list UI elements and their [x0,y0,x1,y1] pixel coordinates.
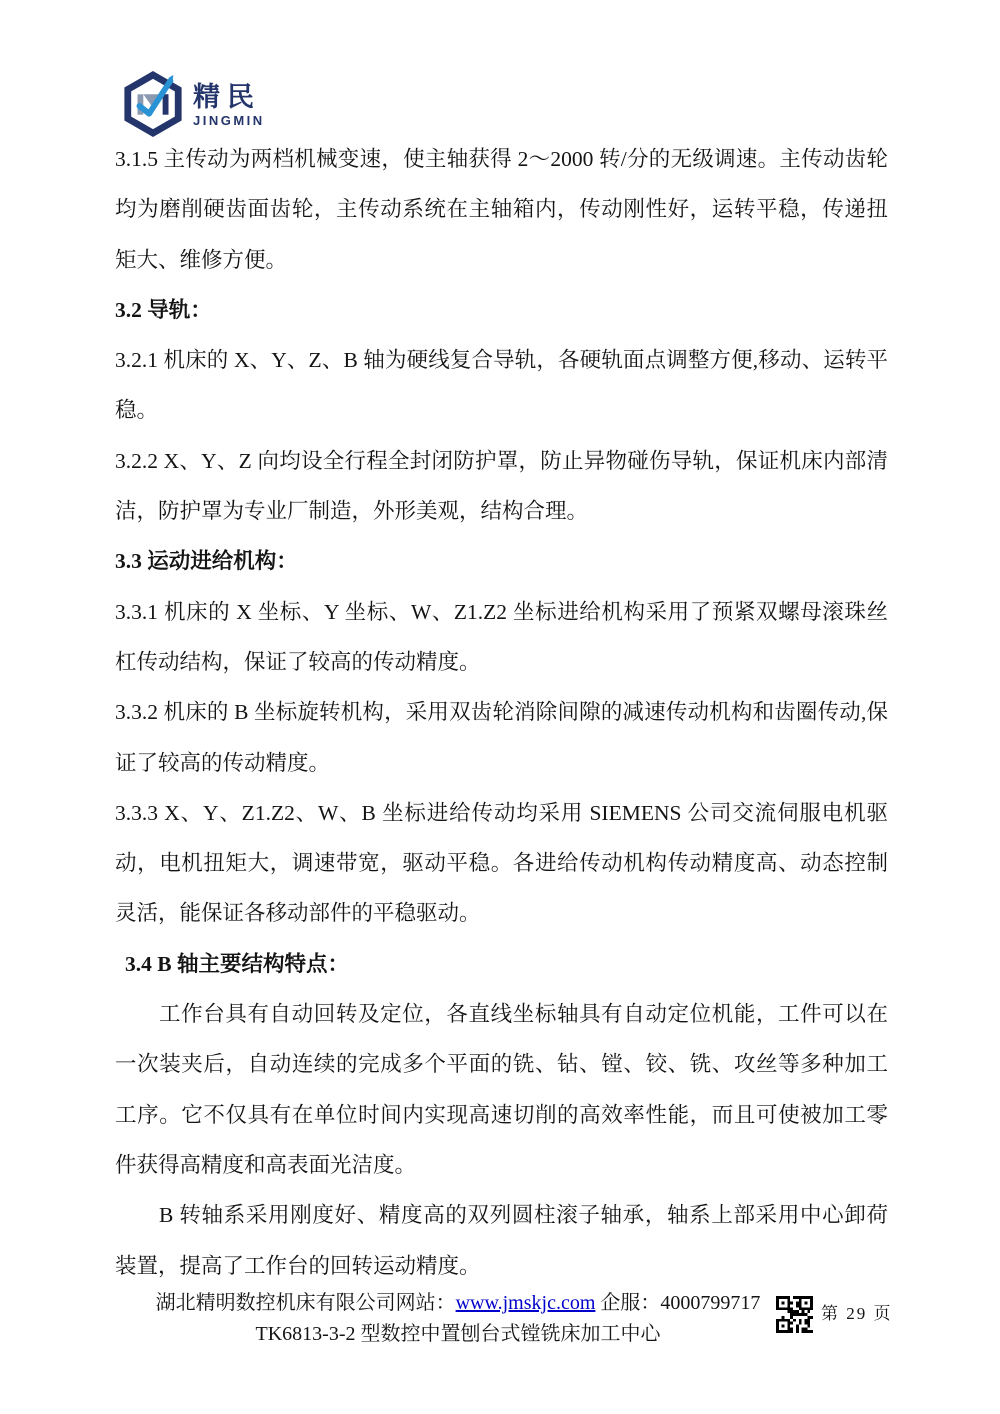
logo-text: 精民 JINGMIN [193,84,265,127]
paragraph: 3.3.2 机床的 B 坐标旋转机构，采用双齿轮消除间隙的减速传动机构和齿圈传动… [115,687,888,788]
website-link[interactable]: www.jmskjc.com [456,1292,596,1314]
footer: 湖北精明数控机床有限公司网站：www.jmskjc.com 企服：4000799… [0,1288,1000,1368]
qr-code [776,1296,813,1333]
document-page: 精民 JINGMIN 3.1.5 主传动为两档机械变速，使主轴获得 2～2000… [0,0,1000,1414]
logo-brand-en: JINGMIN [193,114,265,127]
footer-text: 湖北精明数控机床有限公司网站：www.jmskjc.com 企服：4000799… [128,1288,788,1350]
paragraph: 工作台具有自动回转及定位，各直线坐标轴具有自动定位机能，工件可以在一次装夹后，自… [115,989,888,1190]
section-heading: 3.3 运动进给机构： [115,536,888,586]
logo-hexagon-icon [121,70,185,138]
page-number: 第 29 页 [821,1299,891,1324]
paragraph: 3.1.5 主传动为两档机械变速，使主轴获得 2～2000 转/分的无级调速。主… [115,134,888,285]
footer-machine-title: TK6813-3-2 型数控中置刨台式镗铣床加工中心 [128,1319,788,1350]
logo: 精民 JINGMIN [121,70,265,138]
section-heading: 3.2 导轨： [115,285,888,335]
footer-website-label: 湖北精明数控机床有限公司网站： [156,1292,456,1314]
footer-service-phone: 企服：4000799717 [595,1292,760,1314]
paragraph: 3.2.1 机床的 X、Y、Z、B 轴为硬线复合导轨，各硬轨面点调整方便,移动、… [115,335,888,436]
document-body: 3.1.5 主传动为两档机械变速，使主轴获得 2～2000 转/分的无级调速。主… [115,134,888,1291]
footer-company-line: 湖北精明数控机床有限公司网站：www.jmskjc.com 企服：4000799… [128,1288,788,1319]
section-heading: 3.4 B 轴主要结构特点： [115,939,888,989]
paragraph: 3.2.2 X、Y、Z 向均设全行程全封闭防护罩，防止异物碰伤导轨，保证机床内部… [115,436,888,537]
logo-brand-cn: 精民 [193,84,265,111]
paragraph: 3.3.3 X、Y、Z1.Z2、W、B 坐标进给传动均采用 SIEMENS 公司… [115,788,888,939]
paragraph: 3.3.1 机床的 X 坐标、Y 坐标、W、Z1.Z2 坐标进给机构采用了预紧双… [115,587,888,688]
paragraph: B 转轴系采用刚度好、精度高的双列圆柱滚子轴承，轴系上部采用中心卸荷装置，提高了… [115,1190,888,1291]
